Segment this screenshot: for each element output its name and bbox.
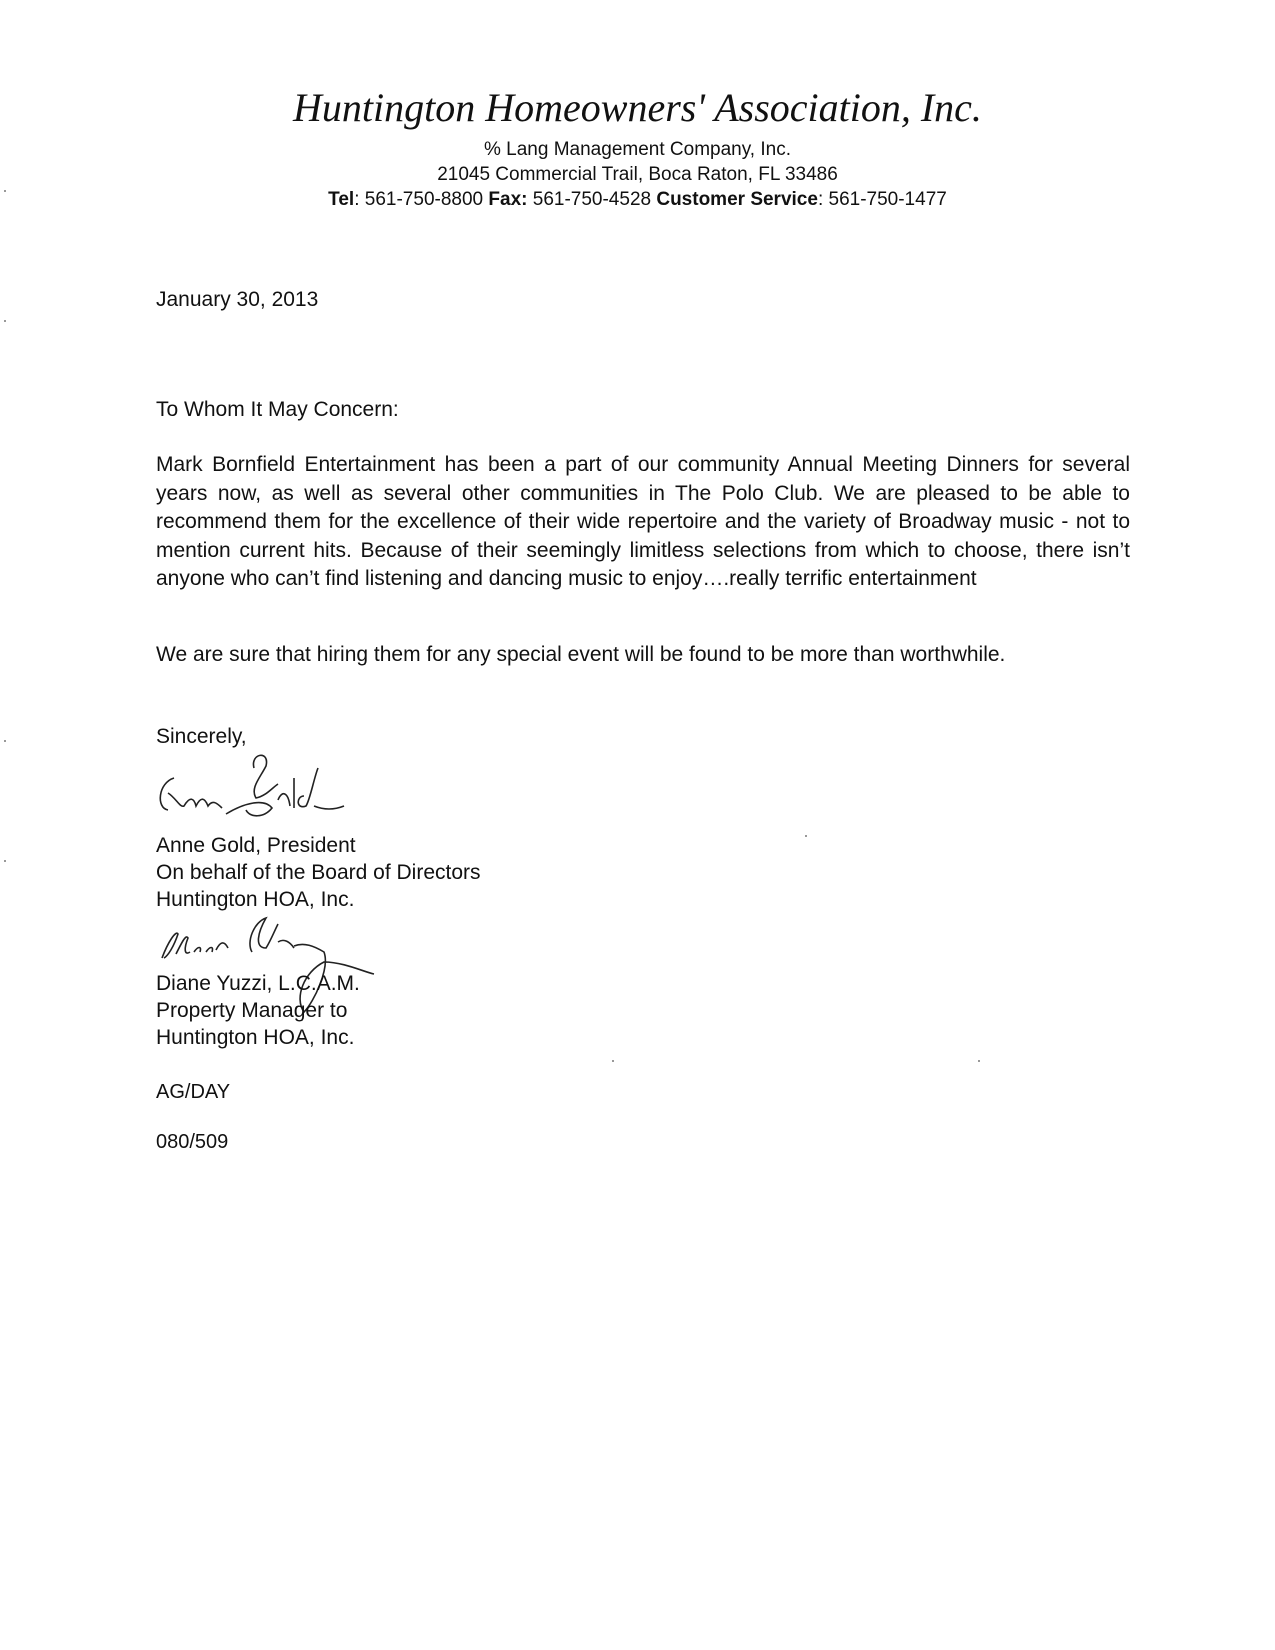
signatory-1-organization: Huntington HOA, Inc. xyxy=(156,886,354,914)
organization-name: Huntington Homeowners' Association, Inc. xyxy=(0,84,1275,132)
body-paragraph-1: Mark Bornfield Entertainment has been a … xyxy=(156,451,1130,594)
scan-speck xyxy=(4,740,6,742)
care-of-line: % Lang Management Company, Inc. xyxy=(0,138,1275,162)
address-line: 21045 Commercial Trail, Boca Raton, FL 3… xyxy=(0,163,1275,187)
scan-speck xyxy=(4,190,6,192)
salutation: To Whom It May Concern: xyxy=(156,396,399,424)
customer-service-label: Customer Service xyxy=(656,189,818,210)
contact-line: Tel: 561-750-8800 Fax: 561-750-4528 Cust… xyxy=(0,188,1275,212)
customer-service-number: 561-750-1477 xyxy=(829,189,947,210)
signatory-2-organization: Huntington HOA, Inc. xyxy=(156,1024,354,1052)
signatory-2-name-title: Diane Yuzzi, L.C.A.M. xyxy=(156,970,360,998)
initials: AG/DAY xyxy=(156,1078,230,1106)
scan-speck xyxy=(4,860,6,862)
scan-speck xyxy=(4,320,6,322)
tel-label: Tel xyxy=(328,189,354,210)
reference-number: 080/509 xyxy=(156,1128,228,1156)
signatory-1-name-title: Anne Gold, President xyxy=(156,832,356,860)
scan-speck xyxy=(978,1060,980,1062)
body-paragraph-2: We are sure that hiring them for any spe… xyxy=(156,641,1130,670)
fax-label: Fax: xyxy=(488,189,527,210)
closing: Sincerely, xyxy=(156,723,247,751)
fax-number: 561-750-4528 xyxy=(533,189,651,210)
letter-date: January 30, 2013 xyxy=(156,286,318,314)
signatory-2-role: Property Manager to xyxy=(156,997,347,1025)
tel-number: 561-750-8800 xyxy=(365,189,483,210)
signatory-1-on-behalf: On behalf of the Board of Directors xyxy=(156,859,481,887)
scan-speck xyxy=(612,1060,614,1062)
scan-speck xyxy=(805,835,807,837)
signature-anne-gold xyxy=(154,748,374,828)
